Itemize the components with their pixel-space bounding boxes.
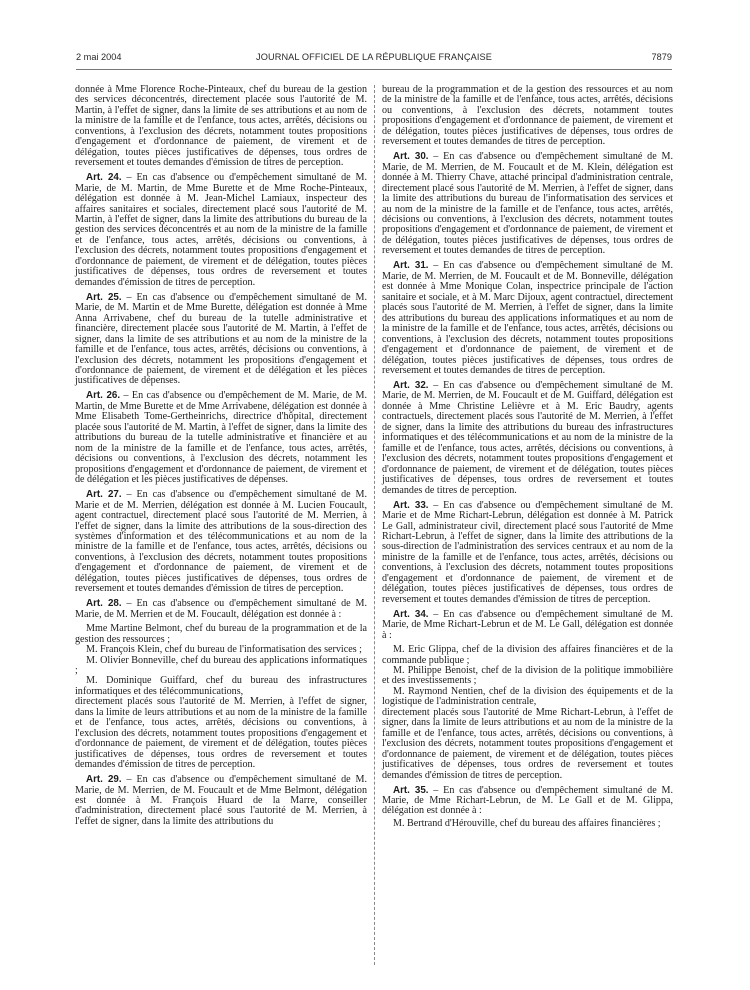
article-32: Art. 32. – En cas d'absence ou d'empêche…: [382, 381, 673, 496]
article-label: Art. 35.: [393, 785, 429, 796]
article-33: Art. 33. – En cas d'absence ou d'empêche…: [382, 501, 673, 606]
article-label: Art. 27.: [86, 489, 122, 500]
journal-title: JOURNAL OFFICIEL DE LA RÉPUBLIQUE FRANÇA…: [76, 52, 672, 62]
article-28: Art. 28. – En cas d'absence ou d'empêche…: [75, 599, 367, 620]
article-text: – En cas d'absence ou d'empêchement simu…: [382, 151, 673, 256]
page-header: 2 mai 2004 JOURNAL OFFICIEL DE LA RÉPUBL…: [76, 52, 672, 66]
list-item: M. Olivier Bonneville, chef du bureau de…: [75, 656, 367, 677]
article-text: – En cas d'absence ou d'empêchement simu…: [382, 260, 673, 376]
header-rule: [76, 69, 672, 70]
list-item: M. Eric Glippa, chef de la division des …: [382, 645, 673, 666]
article-text: – En cas d'absence ou d'empêchement de M…: [75, 390, 367, 485]
right-column: bureau de la programmation et de la gest…: [382, 85, 673, 829]
article-label: Art. 33.: [393, 500, 429, 511]
article-27: Art. 27. – En cas d'absence ou d'empêche…: [75, 490, 367, 595]
article-label: Art. 32.: [393, 380, 429, 391]
article-label: Art. 31.: [393, 260, 429, 271]
article-34: Art. 34. – En cas d'absence ou d'empêche…: [382, 610, 673, 641]
article-label: Art. 29.: [86, 774, 122, 785]
article-26: Art. 26. – En cas d'absence ou d'empêche…: [75, 391, 367, 485]
column-divider: [374, 85, 375, 965]
article-text: – En cas d'absence ou d'empêchement simu…: [382, 380, 673, 496]
article-31: Art. 31. – En cas d'absence ou d'empêche…: [382, 261, 673, 376]
article-24: Art. 24. – En cas d'absence ou d'empêche…: [75, 173, 367, 288]
article-34-continuation: directement placés sous l'autorité de Mm…: [382, 708, 673, 781]
left-column: donnée à Mme Florence Roche-Pinteaux, ch…: [75, 85, 367, 832]
list-item: M. Philippe Benoist, chef de la division…: [382, 666, 673, 687]
article-28-continuation: directement placés sous l'autorité de M.…: [75, 697, 367, 770]
article-text: – En cas d'absence ou d'empêchement simu…: [75, 489, 367, 594]
article-30: Art. 30. – En cas d'absence ou d'empêche…: [382, 152, 673, 257]
page-number: 7879: [652, 52, 672, 62]
article-25: Art. 25. – En cas d'absence ou d'empêche…: [75, 293, 367, 387]
list-item: M. Dominique Guiffard, chef du bureau de…: [75, 676, 367, 697]
list-item: Mme Martine Belmont, chef du bureau de l…: [75, 624, 367, 645]
article-label: Art. 24.: [86, 172, 122, 183]
article-label: Art. 26.: [86, 390, 120, 401]
article-label: Art. 25.: [86, 292, 122, 303]
article-text: – En cas d'absence ou d'empêchement simu…: [75, 172, 367, 288]
article-29: Art. 29. – En cas d'absence ou d'empêche…: [75, 775, 367, 827]
article-label: Art. 28.: [86, 598, 122, 609]
article-label: Art. 34.: [393, 609, 429, 620]
paragraph-continuation: donnée à Mme Florence Roche-Pinteaux, ch…: [75, 85, 367, 169]
list-item: M. Bertrand d'Hérouville, chef du bureau…: [382, 819, 673, 829]
article-label: Art. 30.: [393, 151, 429, 162]
article-text: – En cas d'absence ou d'empêchement simu…: [382, 500, 673, 605]
list-item: M. Raymond Nentien, chef de la division …: [382, 687, 673, 708]
article-text: – En cas d'absence ou d'empêchement simu…: [75, 292, 367, 387]
list-item: M. François Klein, chef du bureau de l'i…: [75, 645, 367, 655]
article-35: Art. 35. – En cas d'absence ou d'empêche…: [382, 786, 673, 817]
paragraph-continuation: bureau de la programmation et de la gest…: [382, 85, 673, 148]
